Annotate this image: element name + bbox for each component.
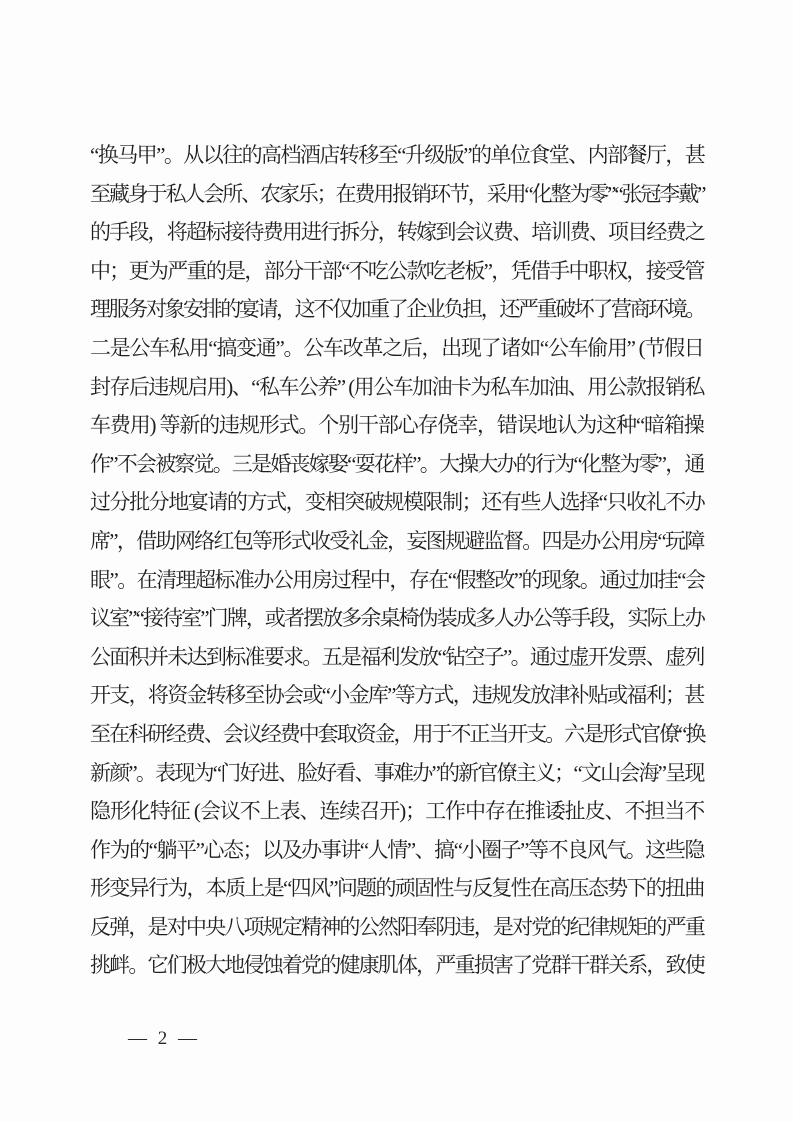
body-text-line: 席”，借助网络红包等形式收受礼金，妄图规避监督。四是办公用房“玩障 — [90, 522, 704, 561]
body-text-line: 的手段，将超标接待费用进行拆分，转嫁到会议费、培训费、项目经费之 — [90, 213, 704, 252]
document-page: “换马甲”。从以往的高档酒店转移至“升级版”的单位食堂、内部餐厅，甚 至藏身于私… — [0, 0, 793, 1122]
body-text-line: 开支，将资金转移至协会或“小金库”等方式，违规发放津补贴或福利；甚 — [90, 676, 704, 715]
body-text-line: 挑衅。它们极大地侵蚀着党的健康肌体，严重损害了党群干群关系，致使 — [90, 946, 704, 985]
body-text-line: 过分批分地宴请的方式，变相突破规模限制；还有些人选择“只收礼不办 — [90, 483, 704, 522]
body-text-line: 至在科研经费、会议经费中套取资金，用于不正当开支。六是形式官僚“换 — [90, 715, 704, 754]
body-text-line: 封存后违规启用)、“私车公养” (用公车加油卡为私车加油、用公款报销私 — [90, 368, 704, 407]
body-text-line: 公面积并未达到标准要求。五是福利发放“钻空子”。通过虚开发票、虚列 — [90, 638, 704, 677]
body-text-line: 眼”。在清理超标准办公用房过程中，存在“假整改”的现象。通过加挂“会 — [90, 561, 704, 600]
body-text-line: 隐形化特征 (会议不上表、连续召开)；工作中存在推诿扯皮、不担当不 — [90, 792, 704, 831]
body-text-line: 车费用) 等新的违规形式。个别干部心存侥幸，错误地认为这种“暗箱操 — [90, 406, 704, 445]
body-text-line: 作为的“躺平”心态；以及办事讲“人情”、搞“小圈子”等不良风气。这些隐 — [90, 831, 704, 870]
body-text-line: 反弹，是对中央八项规定精神的公然阳奉阴违，是对党的纪律规矩的严重 — [90, 908, 704, 947]
body-text-line: 作”不会被察觉。三是婚丧嫁娶“耍花样”。大操大办的行为“化整为零”，通 — [90, 445, 704, 484]
body-text-line: 新颜”。表现为“门好进、脸好看、事难办”的新官僚主义；“文山会海”呈现 — [90, 754, 704, 793]
body-text-line: 理服务对象安排的宴请，这不仅加重了企业负担，还严重破坏了营商环境。 — [90, 290, 704, 329]
body-text-line: “换马甲”。从以往的高档酒店转移至“升级版”的单位食堂、内部餐厅，甚 — [90, 136, 704, 175]
body-text-block: “换马甲”。从以往的高档酒店转移至“升级版”的单位食堂、内部餐厅，甚 至藏身于私… — [90, 136, 704, 985]
body-text-line: 中；更为严重的是，部分干部“不吃公款吃老板”，凭借手中职权，接受管 — [90, 252, 704, 291]
body-text-line: 形变异行为，本质上是“四风”问题的顽固性与反复性在高压态势下的扭曲 — [90, 869, 704, 908]
body-text-line: 至藏身于私人会所、农家乐；在费用报销环节，采用“化整为零”“张冠李戴” — [90, 175, 704, 214]
page-number: — 2 — — [128, 1025, 200, 1053]
body-text-line: 议室”“接待室”门牌，或者摆放多余桌椅伪装成多人办公等手段，实际上办 — [90, 599, 704, 638]
body-text-line: 二是公车私用“搞变通”。公车改革之后，出现了诸如“公车偷用” (节假日 — [90, 329, 704, 368]
